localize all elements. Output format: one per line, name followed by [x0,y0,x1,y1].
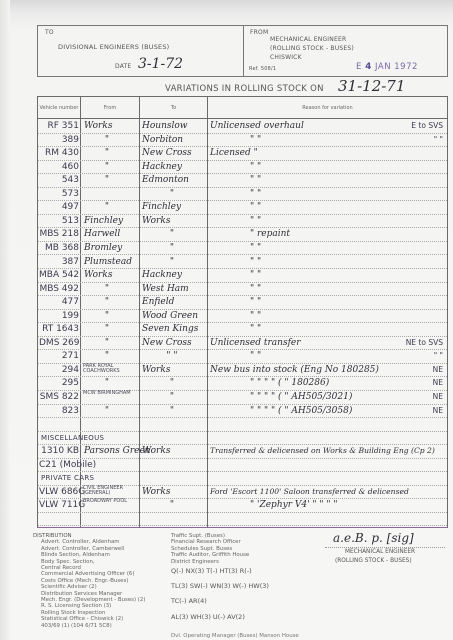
from-location: " [84,309,130,322]
reason-for-variation: " " " " ( " 180286) [210,376,453,389]
distribution-list-right: Traffic Supt. (Buses)Financial Research … [171,533,249,565]
allocation-note: " " [434,349,443,362]
table-row: 477"Enfield" " [38,295,447,310]
allocation-note: NE [433,390,443,403]
reason-for-variation: " " [210,200,453,213]
column-header-to: To [140,97,207,118]
to-location: " [142,390,202,403]
distribution-list-left: DISTRIBUTION Advert. Controller, Aldenha… [33,533,145,629]
reason-for-variation: " " [210,255,453,268]
allocation-note: NE [433,363,443,376]
from-label: FROM [250,29,268,36]
table-row [38,417,447,432]
stamp-day: 4 [365,62,372,72]
table-row: 573"" " [38,187,447,202]
from-location: " [84,336,130,349]
table-row: 1310 KBParsons GreenWorksTransferred & d… [38,444,447,459]
to-location: Enfield [142,295,202,308]
section-label: PRIVATE CARS [41,471,94,484]
reference-number: Ref. 508/1 [249,66,276,72]
to-location: " [142,241,202,254]
from-line: (ROLLING STOCK - BUSES) [270,45,354,52]
vehicle-number: 543 [39,173,79,186]
to-location: Finchley [142,200,202,213]
to-location: Works [142,363,202,376]
allocation-note: NE [433,376,443,389]
stamp-rest: JAN 1972 [375,62,418,72]
reason-for-variation: " " [210,309,453,322]
table-row: VLW 711GBROADWAY POOL"" 'Zephyr V4' " " … [38,498,447,513]
from-location: CIVIL ENGINEER (GENERAL) [83,485,137,499]
depot-code-line: TL(3) SW(-) WN(3) W(-) HW(3) [171,582,269,590]
table-row: SMS 822MCW BIRMINGHAM"" " " " ( " AH505/… [38,390,447,405]
reason-for-variation: " " [210,160,453,173]
vehicle-number [39,512,79,525]
reason-for-variation [210,417,446,430]
column-header-from: From [81,97,139,118]
reason-for-variation [210,512,446,525]
to-location: Wood Green [142,309,202,322]
from-location: " [84,295,130,308]
column-header-vehicle: Vehicle number [38,97,80,118]
vehicle-number: RT 1643 [39,322,79,335]
page-edge [0,0,10,640]
vehicle-number: RF 351 [39,119,79,132]
to-location: Edmonton [142,173,202,186]
from-location [84,458,130,471]
from-location: PARK ROYAL COACHWORKS [83,363,137,377]
section-label: MISCELLANEOUS [41,431,104,444]
section-row: PRIVATE CARS [38,471,447,486]
vehicle-number: SMS 822 [39,390,79,403]
reason-for-variation: New bus into stock (Eng No 180285) [210,363,446,376]
to-location: " [142,227,202,240]
reason-for-variation: Ford 'Escort 1100' Saloon transferred & … [210,485,446,498]
reason-for-variation: " 'Zephyr V4' " " " " [210,498,453,511]
allocation-note: NE to SVS [406,336,443,349]
vehicle-number: 294 [39,363,79,376]
signature-line [325,547,445,548]
from-location: " [84,376,130,389]
from-location: " [84,282,130,295]
distribution-items: Advert. Controller, AldenhamAdvert. Cont… [33,539,145,629]
table-row: MB 368Bromley"" " [38,241,447,256]
allocation-note: " " [434,133,443,146]
vehicle-number: DMS 269 [39,336,79,349]
variations-table: Vehicle number From To Reason for variat… [37,96,448,528]
vehicle-number: 573 [39,187,79,200]
from-location: Works [84,119,130,132]
table-row: DMS 269"New CrossUnlicensed transferNE t… [38,336,447,351]
vehicle-number: VLW 711G [39,498,79,511]
to-location: " [142,498,202,511]
signature-title: MECHANICAL ENGINEER [345,549,415,555]
table-row: 199"Wood Green" " [38,309,447,324]
to-location: " [142,255,202,268]
vehicle-number: 389 [39,133,79,146]
table-row: 387Plumstead"" " [38,255,447,270]
to-section: TO DIVISIONAL ENGINEERS (BUSES) DATE 3-1… [38,26,244,76]
table-row: RM 430"New CrossLicensed " [38,146,447,161]
to-location: Seven Kings [142,322,202,335]
vehicle-number: VLW 686G [39,485,79,498]
table-row: MBS 218Harwell"" repaint [38,227,447,242]
vehicle-number: MBS 218 [39,227,79,240]
table-row: 271"" "" "" " [38,349,447,364]
from-line: MECHANICAL ENGINEER [270,36,346,43]
to-location [142,458,202,471]
to-location: Hackney [142,268,202,281]
to-destination: DIVISIONAL ENGINEERS (BUSES) [58,43,169,51]
reason-for-variation: " " " " ( " AH505/3058) [210,404,453,417]
to-location: Hounslow [142,119,202,132]
table-header: Vehicle number From To Reason for variat… [38,97,447,119]
from-location: " [84,160,130,173]
from-location: " [84,322,130,335]
from-location: MCW BIRMINGHAM [83,390,137,404]
reason-for-variation: " " [210,187,453,200]
reason-for-variation: " " [210,349,453,362]
signature: a.e.B. p. [sig] [333,531,414,545]
vehicle-number: 1310 KB [39,444,79,457]
from-section: FROM MECHANICAL ENGINEER (ROLLING STOCK … [244,26,447,76]
reason-for-variation [210,458,446,471]
reason-for-variation: " " [210,282,453,295]
table-row [38,512,447,527]
reason-for-variation: " " [210,268,453,281]
vehicle-number: C21 (Mobile) [39,458,79,471]
vehicle-number: 295 [39,376,79,389]
to-location: " [142,187,202,200]
from-location: Harwell [84,227,130,240]
to-location: Works [142,444,202,457]
column-header-reason: Reason for variation [208,97,447,118]
stamp-prefix: E [356,62,362,72]
allocation-note: E to SVS [411,119,443,132]
from-location: Bromley [84,241,130,254]
from-location [84,187,130,200]
reason-for-variation: " repaint [210,227,453,240]
from-location: " [84,349,130,362]
reason-for-variation: Transferred & delicensed on Works & Buil… [210,444,446,457]
table-row: 295""" " " " ( " 180286)NE [38,376,447,391]
to-location: New Cross [142,146,202,159]
vehicle-number: 513 [39,214,79,227]
distribution-item: Financial Research Officer [171,539,249,545]
reason-for-variation: " " [210,295,453,308]
to-location: West Ham [142,282,202,295]
from-location: Works [84,268,130,281]
from-location [84,512,130,525]
allocation-note: NE [433,404,443,417]
vehicle-number: 199 [39,309,79,322]
distribution-item: District Engineers [171,559,249,565]
from-line: CHISWICK [270,54,302,61]
to-location: " " [142,349,202,362]
vehicle-number: 271 [39,349,79,362]
vehicle-number: 387 [39,255,79,268]
from-location: Parsons Green [84,444,130,457]
distribution-item: 403/69 (1) (104 6/71 5C8) [33,623,145,629]
vehicle-number: 823 [39,404,79,417]
reason-for-variation: " " [210,322,453,335]
from-location: " [84,200,130,213]
vehicle-number: 460 [39,160,79,173]
table-row: 389"Norbiton" "" " [38,133,447,148]
document-title: VARIATIONS IN ROLLING STOCK ON [165,84,324,94]
table-row: RF 351WorksHounslowUnlicensed overhaulE … [38,119,447,134]
vehicle-number: 497 [39,200,79,213]
distribution-item: Traffic Auditor, Griffith House [171,552,249,558]
to-location: Hackney [142,160,202,173]
distribution-footer: Dvl. Operating Manager (Buses) Manson Ho… [171,633,299,639]
reason-for-variation: " " " " ( " AH505/3021) [210,390,453,403]
table-row: 460"Hackney" " [38,160,447,175]
reason-for-variation: " " [210,133,453,146]
from-location: Finchley [84,214,130,227]
table-row: C21 (Mobile) [38,458,447,473]
header-box: TO DIVISIONAL ENGINEERS (BUSES) DATE 3-1… [37,25,448,77]
reason-for-variation: " " [210,241,453,254]
table-row: 513FinchleyWorks" " [38,214,447,229]
to-location: " [142,376,202,389]
to-location: Works [142,214,202,227]
to-location [142,512,202,525]
title-date: 31-12-71 [338,77,405,95]
table-row: 497"Finchley" " [38,200,447,215]
table-row: RT 1643"Seven Kings" " [38,322,447,337]
to-location: New Cross [142,336,202,349]
to-location: " [142,404,202,417]
table-row: MBA 542WorksHackney" " [38,268,447,283]
to-location [142,417,202,430]
depot-code-line: TC(-) AR(4) [171,597,207,605]
from-location: " [84,133,130,146]
distribution-items: Traffic Supt. (Buses)Financial Research … [171,533,249,565]
distribution-item: Commercial Advertising Officer (6) [33,571,145,577]
table-row: VLW 686GCIVIL ENGINEER (GENERAL)WorksFor… [38,485,447,500]
from-location: BROADWAY POOL [83,498,137,512]
reason-for-variation: " " [210,214,453,227]
depot-code-line: AL(3) WH(3) U(-) AV(2) [171,613,245,621]
vehicle-number: MBS 492 [39,282,79,295]
from-location: Plumstead [84,255,130,268]
date-value: 3-1-72 [138,56,183,72]
vehicle-number: RM 430 [39,146,79,159]
received-stamp: E 4 JAN 1972 [356,62,418,72]
reason-for-variation: Licensed " [210,146,446,159]
table-row: 823""" " " " ( " AH505/3058)NE [38,404,447,419]
from-location: " [84,146,130,159]
table-row: 294PARK ROYAL COACHWORKSWorksNew bus int… [38,363,447,378]
vehicle-number: 477 [39,295,79,308]
reason-for-variation: " " [210,173,453,186]
to-location: Works [142,485,202,498]
to-label: TO [45,29,54,36]
vehicle-number: MB 368 [39,241,79,254]
table-row: MBS 492"West Ham" " [38,282,447,297]
to-location: Norbiton [142,133,202,146]
signature-department: (ROLLING STOCK - BUSES) [335,558,412,564]
depot-code-line: Q(-) NX(3) T(-) HT(3) R(-) [171,567,252,575]
date-label: DATE [115,63,131,70]
section-row: MISCELLANEOUS [38,431,447,446]
vehicle-number [39,417,79,430]
vehicle-number: MBA 542 [39,268,79,281]
from-location: " [84,173,130,186]
from-location: " [84,404,130,417]
table-row: 543"Edmonton" " [38,173,447,188]
from-location [84,417,130,430]
